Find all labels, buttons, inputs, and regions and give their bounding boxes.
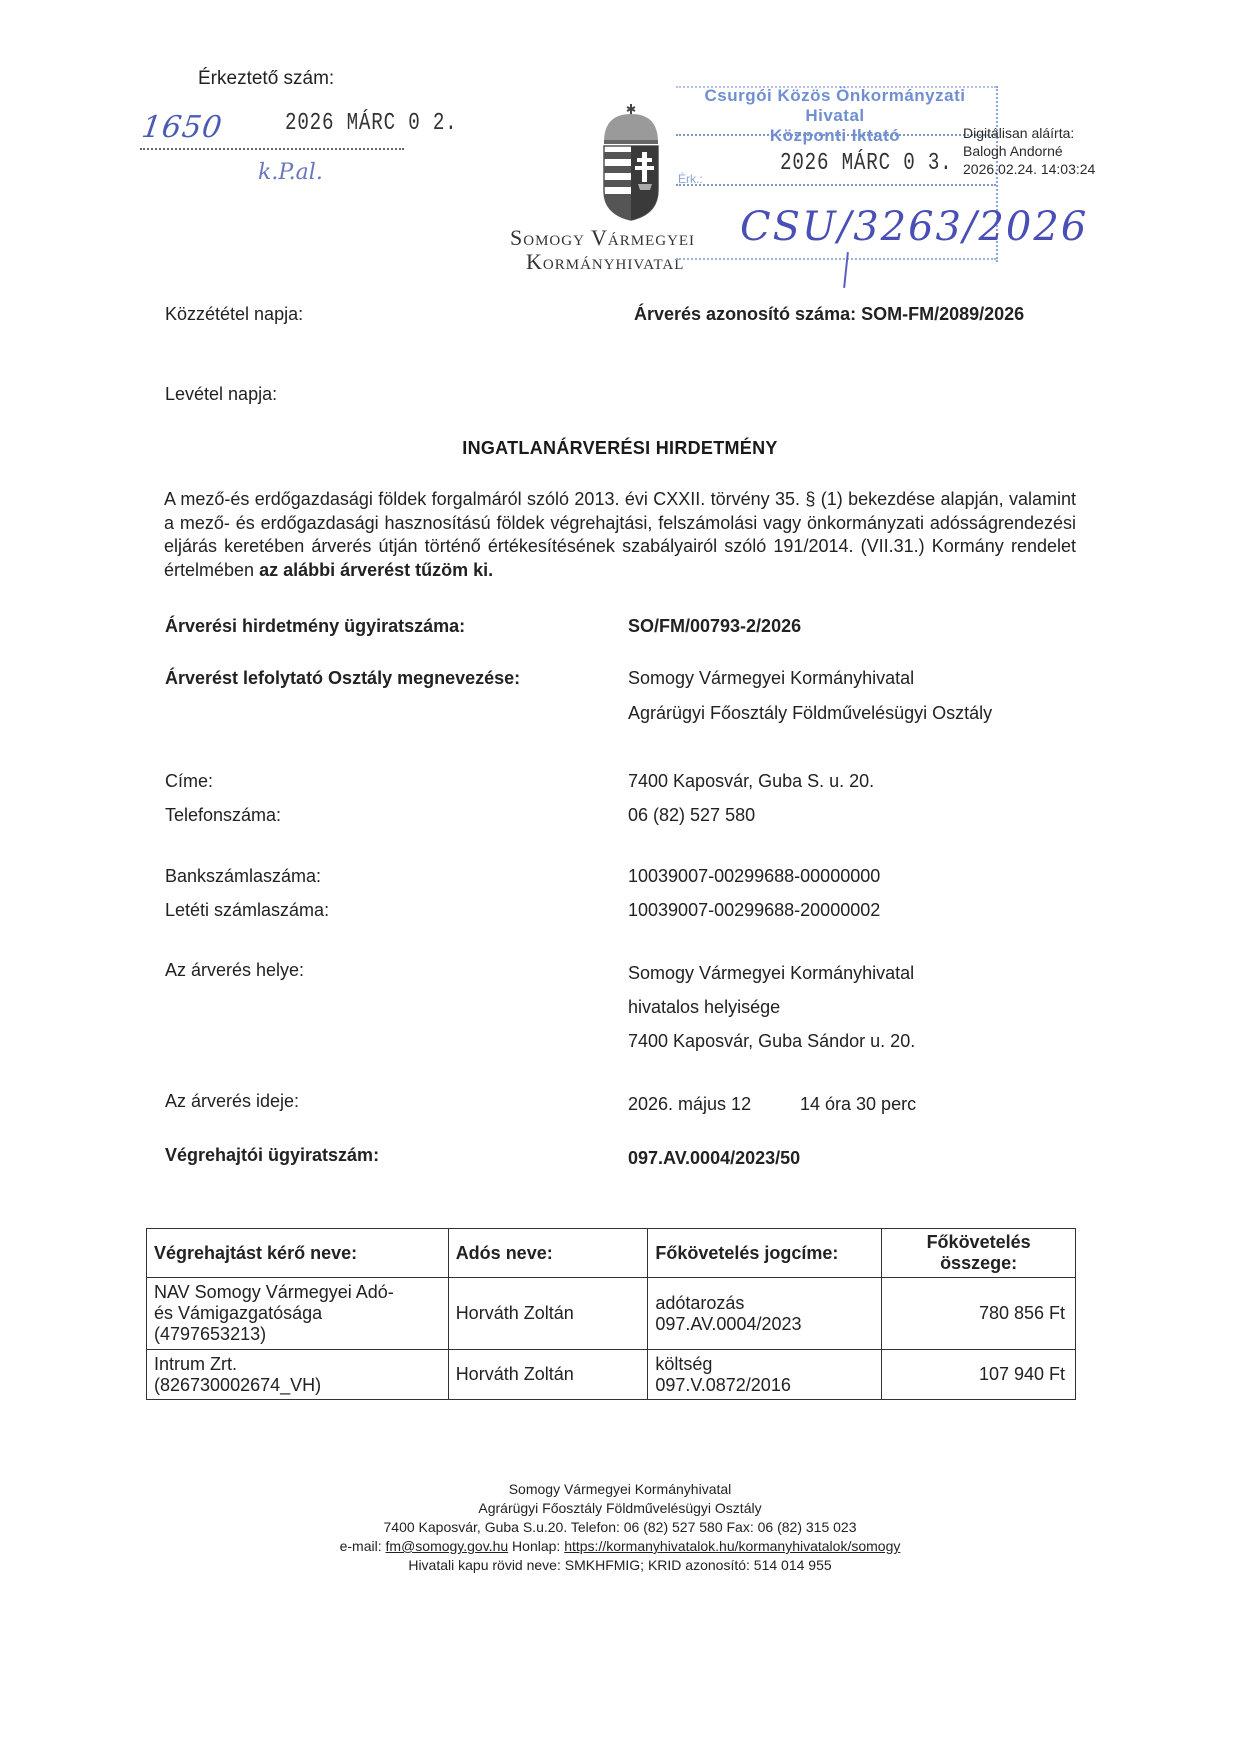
claim-title-line: adótarozás xyxy=(655,1293,874,1314)
intro-bold-tail: az alábbi árverést tűzöm ki. xyxy=(259,560,493,580)
requester-line: (826730002674_VH) xyxy=(154,1375,441,1396)
requester-line: és Vámigazgatósága xyxy=(154,1303,441,1324)
footer-krid: Hivatali kapu rövid neve: SMKHFMIG; KRID… xyxy=(0,1556,1240,1575)
department-value-line1: Somogy Vármegyei Kormányhivatal xyxy=(628,668,914,689)
phone-label: Telefonszáma: xyxy=(165,805,281,826)
requester-line: (4797653213) xyxy=(154,1324,441,1345)
enforcement-number-label: Végrehajtói ügyiratszám: xyxy=(165,1145,379,1166)
auction-time-label: Az árverés ideje: xyxy=(165,1091,299,1112)
arrival-date-stamp: 2026 MÁRC 0 2. xyxy=(285,110,458,137)
requester-line: Intrum Zrt. xyxy=(154,1354,441,1375)
venue-label: Az árverés helye: xyxy=(165,960,304,981)
claim-title-cell: költség 097.V.0872/2016 xyxy=(648,1350,882,1400)
claims-table-header: Végrehajtást kérő neve: Adós neve: Főköv… xyxy=(147,1229,1076,1278)
signature-line1: Digitálisan aláírta: xyxy=(963,124,1095,142)
venue-value-line2: hivatalos helyisége xyxy=(628,997,780,1018)
debtor-cell: Horváth Zoltán xyxy=(448,1278,648,1350)
arrival-initials-handwritten: k.P.al. xyxy=(258,160,323,185)
registration-stamp-erk-label: Érk.: xyxy=(678,172,703,186)
page-footer: Somogy Vármegyei Kormányhivatal Agrárügy… xyxy=(0,1480,1240,1575)
auction-hour-value: 14 óra 30 perc xyxy=(800,1094,916,1115)
requester-line: NAV Somogy Vármegyei Adó- xyxy=(154,1282,441,1303)
auction-date-value: 2026. május 12 xyxy=(628,1094,751,1115)
registration-stamp-date: 2026 MÁRC 0 3. xyxy=(780,150,953,177)
phone-value: 06 (82) 527 580 xyxy=(628,805,755,826)
bank-account-label: Bankszámlaszáma: xyxy=(165,866,321,887)
case-number-value: SO/FM/00793-2/2026 xyxy=(628,616,801,637)
digital-signature: Digitálisan aláírta: Balogh Andorné 2026… xyxy=(963,124,1095,178)
header-requester: Végrehajtást kérő neve: xyxy=(147,1229,449,1278)
table-row: NAV Somogy Vármegyei Adó- és Vámigazgató… xyxy=(147,1278,1076,1350)
address-value: 7400 Kaposvár, Guba S. u. 20. xyxy=(628,771,874,792)
registration-number-handwritten: CSU/3263/2026 xyxy=(740,204,1088,250)
header-claim-title: Főkövetelés jogcíme: xyxy=(648,1229,882,1278)
requester-cell: NAV Somogy Vármegyei Adó- és Vámigazgató… xyxy=(147,1278,449,1350)
office-name-line2: Kormányhivatal xyxy=(510,250,695,274)
case-number-label: Árverési hirdetmény ügyiratszáma: xyxy=(165,616,465,637)
enforcement-number-value: 097.AV.0004/2023/50 xyxy=(628,1148,800,1169)
department-label: Árverést lefolytató Osztály megnevezése: xyxy=(165,668,520,689)
footer-web-label: Honlap: xyxy=(512,1538,560,1554)
arrival-dotted-line xyxy=(140,148,404,150)
stamp-title-line1: Csurgói Közös Önkormányzati Hivatal xyxy=(676,86,994,126)
claims-table: Végrehajtást kérő neve: Adós neve: Főköv… xyxy=(146,1228,1076,1400)
auction-id: Árverés azonosító száma: SOM-FM/2089/202… xyxy=(634,304,1024,325)
header-claim-amount: Főkövetelés összege: xyxy=(882,1229,1076,1278)
arrival-number-label: Érkeztető szám: xyxy=(198,68,334,90)
footer-web-link[interactable]: https://kormanyhivatalok.hu/kormanyhivat… xyxy=(564,1538,900,1554)
venue-value-line1: Somogy Vármegyei Kormányhivatal xyxy=(628,963,914,984)
stamp-divider xyxy=(676,184,996,186)
deposit-account-value: 10039007-00299688-20000002 xyxy=(628,900,880,921)
document-title: INGATLANÁRVERÉSI HIRDETMÉNY xyxy=(0,438,1240,459)
table-row: Intrum Zrt. (826730002674_VH) Horváth Zo… xyxy=(147,1350,1076,1400)
removal-date-label: Levétel napja: xyxy=(165,384,277,405)
claim-title-cell: adótarozás 097.AV.0004/2023 xyxy=(648,1278,882,1350)
claim-amount-cell: 107 940 Ft xyxy=(882,1350,1076,1400)
coat-of-arms-icon xyxy=(598,104,664,222)
stamp-title-line2: Központi Iktató xyxy=(676,126,994,146)
stamp-divider xyxy=(676,258,996,260)
debtor-cell: Horváth Zoltán xyxy=(448,1350,648,1400)
office-name-line1: Somogy Vármegyei xyxy=(510,226,695,250)
requester-cell: Intrum Zrt. (826730002674_VH) xyxy=(147,1350,449,1400)
footer-department: Agrárügyi Főosztály Földművelésügyi Oszt… xyxy=(0,1499,1240,1518)
footer-email-label: e-mail: xyxy=(340,1538,382,1554)
arrival-number-handwritten: 1650 xyxy=(140,110,225,145)
footer-contact: 7400 Kaposvár, Guba S.u.20. Telefon: 06 … xyxy=(0,1518,1240,1537)
footer-email-link[interactable]: fm@somogy.gov.hu xyxy=(386,1538,509,1554)
deposit-account-label: Letéti számlaszáma: xyxy=(165,900,329,921)
claim-title-line: 097.AV.0004/2023 xyxy=(655,1314,874,1335)
venue-value-line3: 7400 Kaposvár, Guba Sándor u. 20. xyxy=(628,1031,915,1052)
claim-title-line: 097.V.0872/2016 xyxy=(655,1375,874,1396)
signature-signer: Balogh Andorné xyxy=(963,142,1095,160)
registration-stamp-title: Csurgói Közös Önkormányzati Hivatal Közp… xyxy=(676,86,994,146)
bank-account-value: 10039007-00299688-00000000 xyxy=(628,866,880,887)
address-label: Címe: xyxy=(165,771,213,792)
department-value-line2: Agrárügyi Főosztály Földművelésügyi Oszt… xyxy=(628,703,992,724)
claim-amount-cell: 780 856 Ft xyxy=(882,1278,1076,1350)
intro-paragraph: A mező-és erdőgazdasági földek forgalmár… xyxy=(164,488,1076,582)
issuing-office-name: Somogy Vármegyei Kormányhivatal xyxy=(510,226,695,274)
claim-title-line: költség xyxy=(655,1354,874,1375)
footer-office: Somogy Vármegyei Kormányhivatal xyxy=(0,1480,1240,1499)
publication-date-label: Közzététel napja: xyxy=(165,304,303,325)
footer-links: e-mail: fm@somogy.gov.hu Honlap: https:/… xyxy=(0,1537,1240,1556)
signature-timestamp: 2026.02.24. 14:03:24 xyxy=(963,160,1095,178)
header-debtor: Adós neve: xyxy=(448,1229,648,1278)
